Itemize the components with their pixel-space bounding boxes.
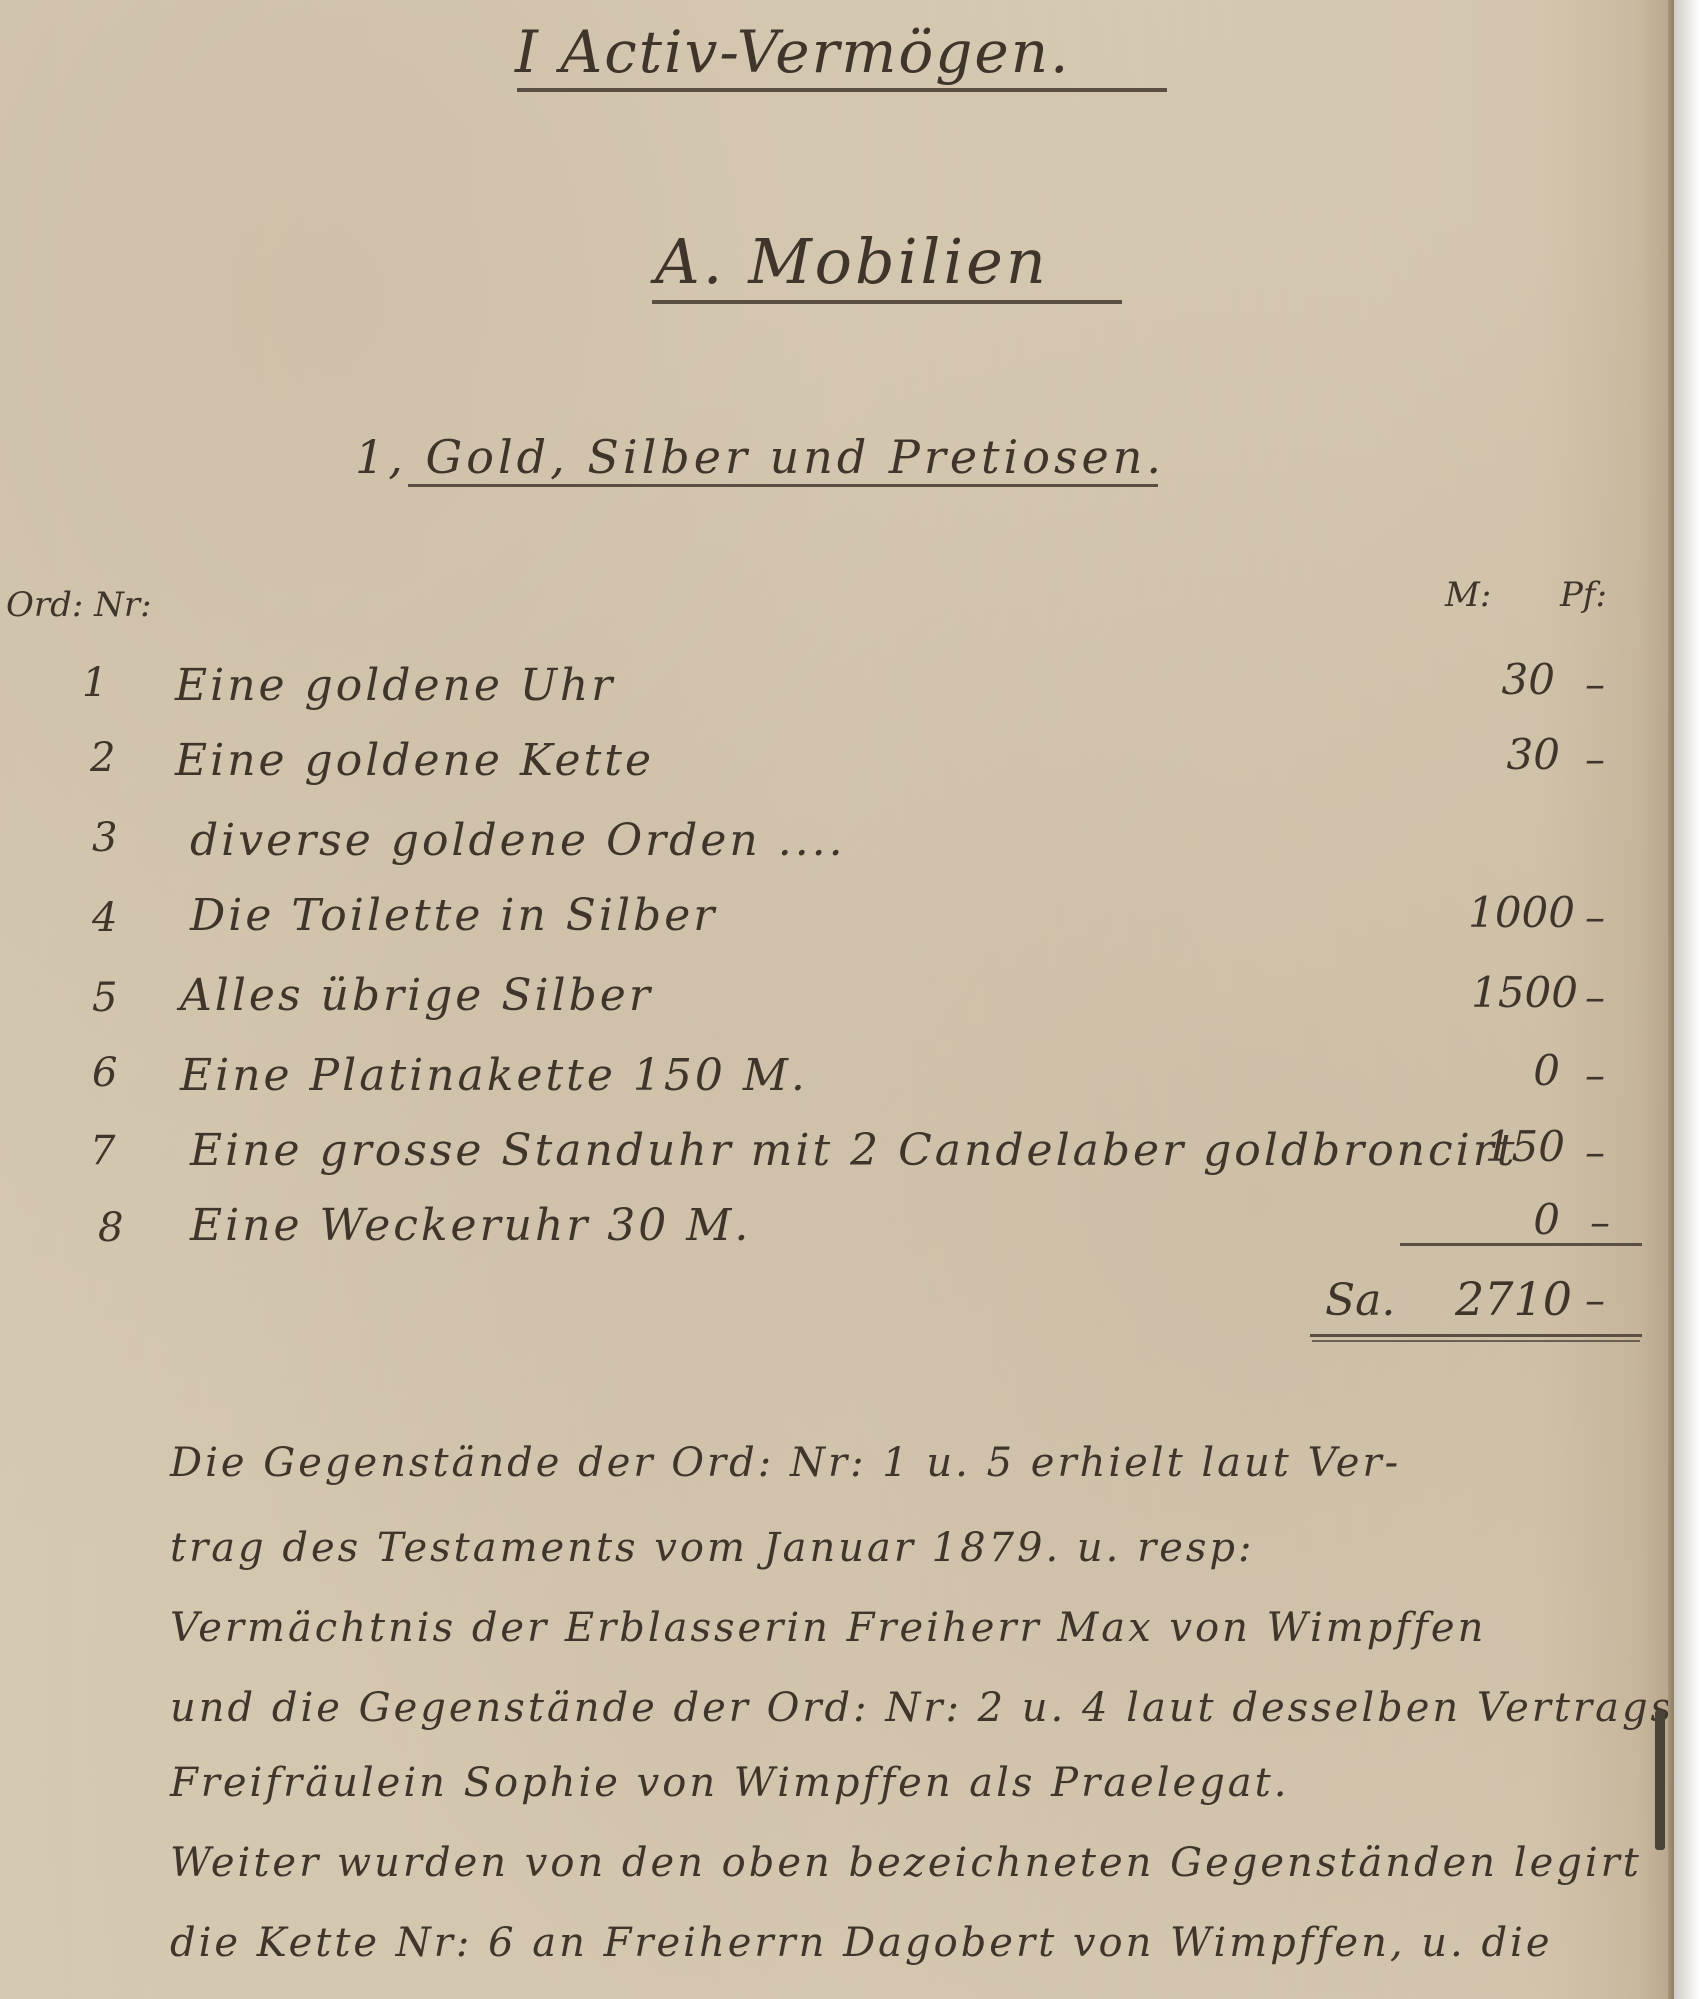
item-description: diverse goldene Orden .... bbox=[190, 815, 846, 866]
item-amount: 30 bbox=[1400, 730, 1560, 779]
item-pfennig: – bbox=[1590, 1200, 1610, 1246]
item-amount: 0 bbox=[1400, 1195, 1560, 1244]
scanned-document-page: I Activ-Vermögen. A. Mobilien 1, Gold, S… bbox=[0, 0, 1672, 1999]
item-number: 1 bbox=[82, 660, 107, 706]
item-amount: 150 bbox=[1405, 1122, 1565, 1171]
item-description: Eine Platinakette 150 M. bbox=[180, 1050, 808, 1101]
subtitle-underline bbox=[652, 300, 1122, 304]
binding-clip bbox=[1655, 1710, 1665, 1850]
total-pfennig: – bbox=[1585, 1278, 1605, 1324]
item-pfennig: – bbox=[1585, 895, 1605, 941]
column-header-pfennig: Pf: bbox=[1560, 575, 1607, 615]
item-amount: 1500 bbox=[1418, 968, 1578, 1017]
item-pfennig: – bbox=[1585, 975, 1605, 1021]
total-label: Sa. bbox=[1325, 1275, 1395, 1326]
page-shadow bbox=[1674, 0, 1700, 1999]
paragraph-line: Freifräulein Sophie von Wimpffen als Pra… bbox=[170, 1760, 1289, 1806]
item-number: 2 bbox=[90, 735, 115, 781]
item-number: 6 bbox=[92, 1050, 117, 1096]
item-pfennig: – bbox=[1585, 737, 1605, 783]
paragraph-line: Weiter wurden von den oben bezeichneten … bbox=[170, 1840, 1642, 1886]
document-title: I Activ-Vermögen. bbox=[515, 18, 1071, 86]
item-amount: 30 bbox=[1395, 655, 1555, 704]
section-heading: 1, Gold, Silber und Pretiosen. bbox=[355, 430, 1165, 484]
item-number: 3 bbox=[92, 815, 117, 861]
paragraph-line: trag des Testaments vom Januar 1879. u. … bbox=[170, 1525, 1255, 1571]
paragraph-line: die Kette Nr: 6 an Freiherrn Dagobert vo… bbox=[170, 1920, 1553, 1966]
item-number: 8 bbox=[98, 1205, 123, 1251]
item-description: Eine goldene Kette bbox=[175, 735, 654, 786]
item-description: Eine goldene Uhr bbox=[175, 660, 615, 711]
title-underline bbox=[517, 88, 1167, 92]
item-description: Eine Weckeruhr 30 M. bbox=[190, 1200, 751, 1251]
item-description: Alles übrige Silber bbox=[180, 970, 653, 1021]
item-number: 4 bbox=[92, 895, 117, 941]
document-subtitle: A. Mobilien bbox=[655, 225, 1049, 298]
item-pfennig: – bbox=[1585, 1130, 1605, 1176]
column-header-mark: M: bbox=[1445, 575, 1491, 615]
paragraph-line: Die Gegenstände der Ord: Nr: 1 u. 5 erhi… bbox=[170, 1440, 1401, 1486]
paragraph-line: und die Gegenstände der Ord: Nr: 2 u. 4 … bbox=[170, 1685, 1674, 1731]
item-description: Eine grosse Standuhr mit 2 Candelaber go… bbox=[190, 1125, 1517, 1176]
item-number: 5 bbox=[92, 975, 117, 1021]
paragraph-line: Vermächtnis der Erblasserin Freiherr Max… bbox=[170, 1605, 1486, 1651]
total-value: 2710 bbox=[1455, 1272, 1572, 1326]
column-header-ord-nr: Ord: Nr: bbox=[6, 585, 152, 625]
section-underline bbox=[408, 484, 1158, 487]
item-amount: 0 bbox=[1400, 1046, 1560, 1095]
subtotal-rule bbox=[1400, 1243, 1642, 1246]
total-double-rule-bottom bbox=[1312, 1340, 1640, 1342]
item-pfennig: – bbox=[1585, 662, 1605, 708]
item-pfennig: – bbox=[1585, 1053, 1605, 1099]
item-description: Die Toilette in Silber bbox=[190, 890, 717, 941]
total-double-rule-top bbox=[1310, 1334, 1642, 1337]
item-number: 7 bbox=[90, 1128, 115, 1174]
item-amount: 1000 bbox=[1415, 888, 1575, 937]
